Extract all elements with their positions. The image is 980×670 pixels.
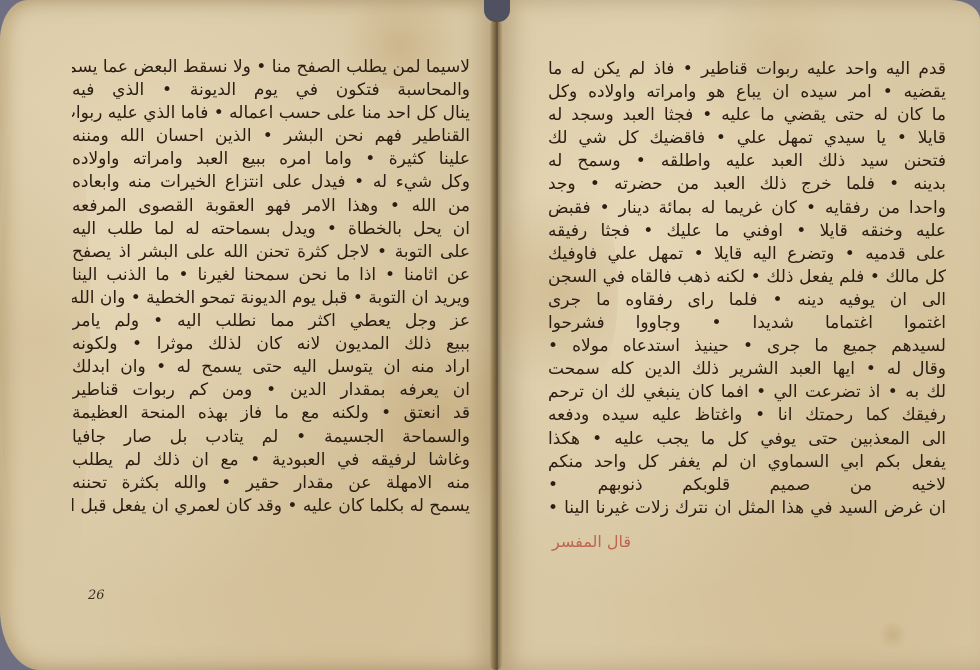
text-line: لسيدهم جميع ما جرى • حينيذ استدعاه مولاه… xyxy=(548,335,946,358)
text-line: عليه وخنقه قايلا • اوفني ما عليك • فجثا … xyxy=(548,220,946,243)
text-line: ينال كل احد منا على حسب اعماله • فاما ال… xyxy=(72,102,470,125)
text-line: اراد منه ان يتوسل اليه حتى يسمح له • وان… xyxy=(72,356,470,379)
text-line: اغتموا اغتماما شديدا • وجاووا فشرحوا xyxy=(548,312,946,335)
text-line: ببيع ذلك المديون لانه كان لذلك موثرا • و… xyxy=(72,333,470,356)
text-line: لاسيما لمن يطلب الصفح منا • ولا نسقط الب… xyxy=(72,56,470,79)
text-line: كل مالك • فلم يفعل ذلك • لكنه ذهب فالقاه… xyxy=(548,266,946,289)
open-manuscript: لاسيما لمن يطلب الصفح منا • ولا نسقط الب… xyxy=(0,0,980,670)
text-line: وكل شيء له • فيدل على انتزاع الخيرات منه… xyxy=(72,171,470,194)
gutter-fold xyxy=(490,20,502,670)
page-number: 26 xyxy=(88,588,105,603)
text-line: وغاشا لرفيقه في العبودية • مع ان ذلك لم … xyxy=(72,449,470,472)
text-line: رفيقك كما رحمتك انا • واغتاظ عليه سيده و… xyxy=(548,404,946,427)
text-line: عز وجل يعطي اكثر مما نطلب اليه • ولم يام… xyxy=(72,310,470,333)
text-line: ان غرض السيد في هذا المثل ان نترك زلات غ… xyxy=(548,497,946,520)
text-line: بدينه • فلما خرج ذلك العبد من حضرته • وج… xyxy=(548,173,946,196)
text-line: يسمح له بكلما كان عليه • وقد كان لعمري ا… xyxy=(72,495,470,518)
right-page-text: قدم اليه واحد عليه ربوات قناطير • فاذ لم… xyxy=(548,58,946,520)
left-page-text: لاسيما لمن يطلب الصفح منا • ولا نسقط الب… xyxy=(72,56,470,518)
text-line: ان يعرفه بمقدار الدين • ومن كم ربوات قنا… xyxy=(72,379,470,402)
text-line: يفعل بكم ابي السماوي ان لم يغفر كل واحد … xyxy=(548,451,946,474)
text-line: لك به • اذ تضرعت الي • افما كان ينبغي لك… xyxy=(548,381,946,404)
text-line: من الله • وهذا الامر فهو العقوبة القصوى … xyxy=(72,195,470,218)
text-line: القناطير فهم نحن البشر • الذين احسان الل… xyxy=(72,125,470,148)
text-line: ويريد ان التوبة • قبل يوم الديونة تمحو ا… xyxy=(72,287,470,310)
text-line: على قدميه • وتضرع اليه قايلا • تمهل علي … xyxy=(548,243,946,266)
text-line: على التوبة • لاجل كثرة تحنن الله على الب… xyxy=(72,241,470,264)
text-line: قايلا • يا سيدي تمهل علي • فاقضيك كل شي … xyxy=(548,127,946,150)
rubric-heading: قال المفسر xyxy=(552,532,631,551)
spot-stain xyxy=(878,620,908,650)
text-line: لاخيه من صميم قلوبكم ذنوبهم • xyxy=(548,474,946,497)
text-line: واحدا من رفقايه • كان غريما له بمائة دين… xyxy=(548,197,946,220)
text-line: قدم اليه واحد عليه ربوات قناطير • فاذ لم… xyxy=(548,58,946,81)
text-line: الى ان يوفيه دينه • فلما راى رفقاوه ما ج… xyxy=(548,289,946,312)
text-line: يقضيه • امر سيده ان يباع هو وامراته واول… xyxy=(548,81,946,104)
text-line: علينا كثيرة • واما امره ببيع العبد وامرا… xyxy=(72,148,470,171)
text-line: قد انعتق • ولكنه مع ما فاز بهذه المنحة ا… xyxy=(72,402,470,425)
text-line: وقال له • ايها العبد الشرير ذلك الدين كل… xyxy=(548,358,946,381)
text-line: والمحاسبة فتكون في يوم الديونة • الذي في… xyxy=(72,79,470,102)
text-line: الى المعذبين حتى يوفي كل ما يجب عليه • ه… xyxy=(548,428,946,451)
text-line: منه الامهلة عن مقدار حقير • والله بكثرة … xyxy=(72,472,470,495)
text-line: ما كان له حتى يقضي ما عليه • فجثا العبد … xyxy=(548,104,946,127)
text-line: ان يحل بالخطاة • ويدل بسماحته له لما طلب… xyxy=(72,218,470,241)
text-line: فتحنن سيد ذلك العبد عليه واطلقه • وسمح ل… xyxy=(548,150,946,173)
text-line: عن اثامنا • اذا ما نحن سمحنا لغيرنا • ما… xyxy=(72,264,470,287)
spine-gap xyxy=(484,0,510,22)
text-line: والسماحة الجسيمة • لم يتادب بل صار جافيا xyxy=(72,426,470,449)
